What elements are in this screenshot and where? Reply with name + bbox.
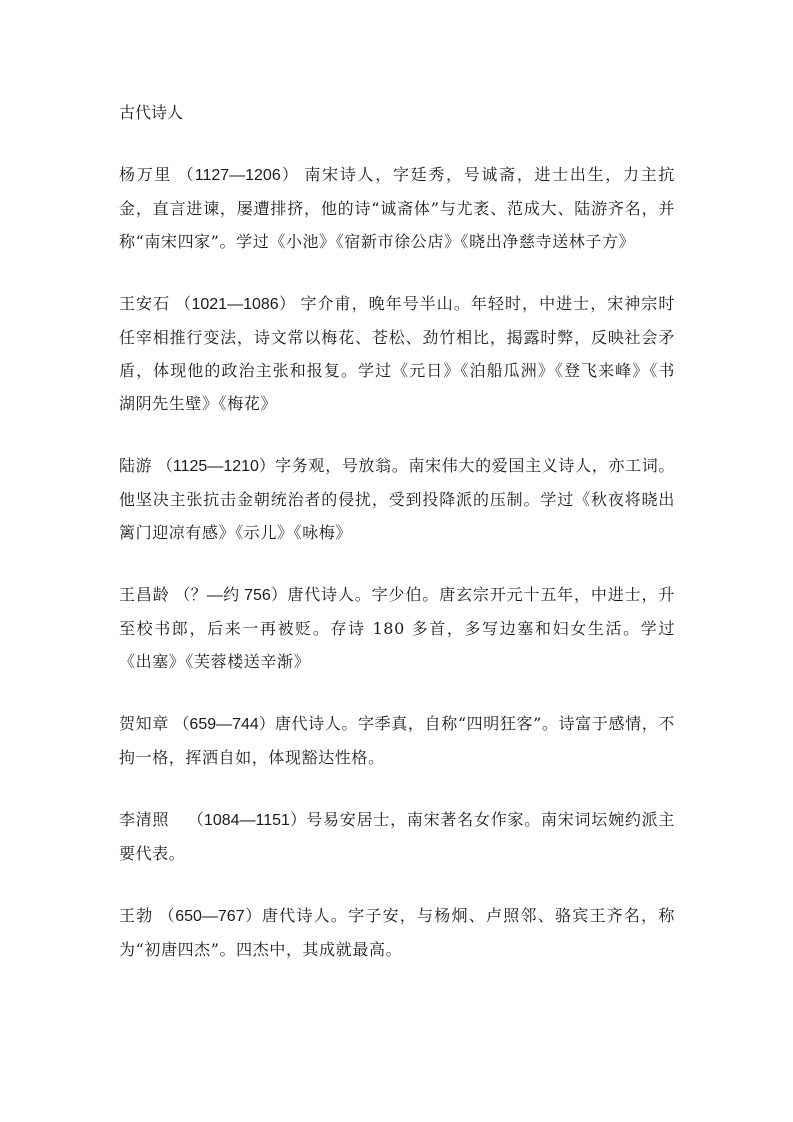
poet-entry-wang-anshi: 王安石 （1021—1086） 字介甫，晚年号半山。年轻时，中进士，宋神宗时任宰…	[119, 287, 675, 420]
poet-dates: （1127—1206）	[172, 167, 304, 184]
poet-name: 王安石	[119, 294, 170, 313]
poet-dates: （1125—1210）	[152, 458, 275, 475]
poet-entry-wang-bo: 王勃 （650—767）唐代诗人。字子安，与杨炯、卢照邻、骆宾王齐名，称为“初唐…	[119, 899, 675, 966]
poet-dates: （659—744）	[169, 716, 275, 733]
poet-entry-lu-you: 陆游 （1125—1210）字务观，号放翁。南宋伟大的爱国主义诗人，亦工词。他坚…	[119, 449, 675, 549]
poet-dates: （1021—1086）	[170, 296, 300, 313]
poet-dates: （650—767）	[153, 908, 261, 925]
poet-dates: （？—约 756）	[170, 587, 288, 604]
poet-name: 李清照	[119, 810, 169, 829]
poet-entry-wang-changling: 王昌龄 （？—约 756）唐代诗人。字少伯。唐玄宗开元十五年，中进士，升至校书郎…	[119, 578, 675, 678]
poet-name: 杨万里	[119, 165, 172, 184]
poet-name: 王昌龄	[119, 585, 170, 604]
poet-entry-li-qingzhao: 李清照 （1084—1151）号易安居士，南宋著名女作家。南宋词坛婉约派主要代表…	[119, 803, 675, 870]
poet-name: 贺知章	[119, 714, 169, 733]
document-page: 古代诗人 杨万里 （1127—1206） 南宋诗人，字廷秀，号诚斋，进士出生，力…	[119, 96, 675, 995]
poet-entry-he-zhizhang: 贺知章 （659—744）唐代诗人。字季真，自称“四明狂客”。诗富于感情，不拘一…	[119, 707, 675, 774]
poet-name: 王勃	[119, 906, 153, 925]
poet-entry-yang-wanli: 杨万里 （1127—1206） 南宋诗人，字廷秀，号诚斋，进士出生，力主抗金，直…	[119, 158, 675, 258]
document-title: 古代诗人	[119, 96, 675, 129]
poet-name: 陆游	[119, 456, 152, 475]
poet-dates: （1084—1151）	[169, 812, 306, 829]
